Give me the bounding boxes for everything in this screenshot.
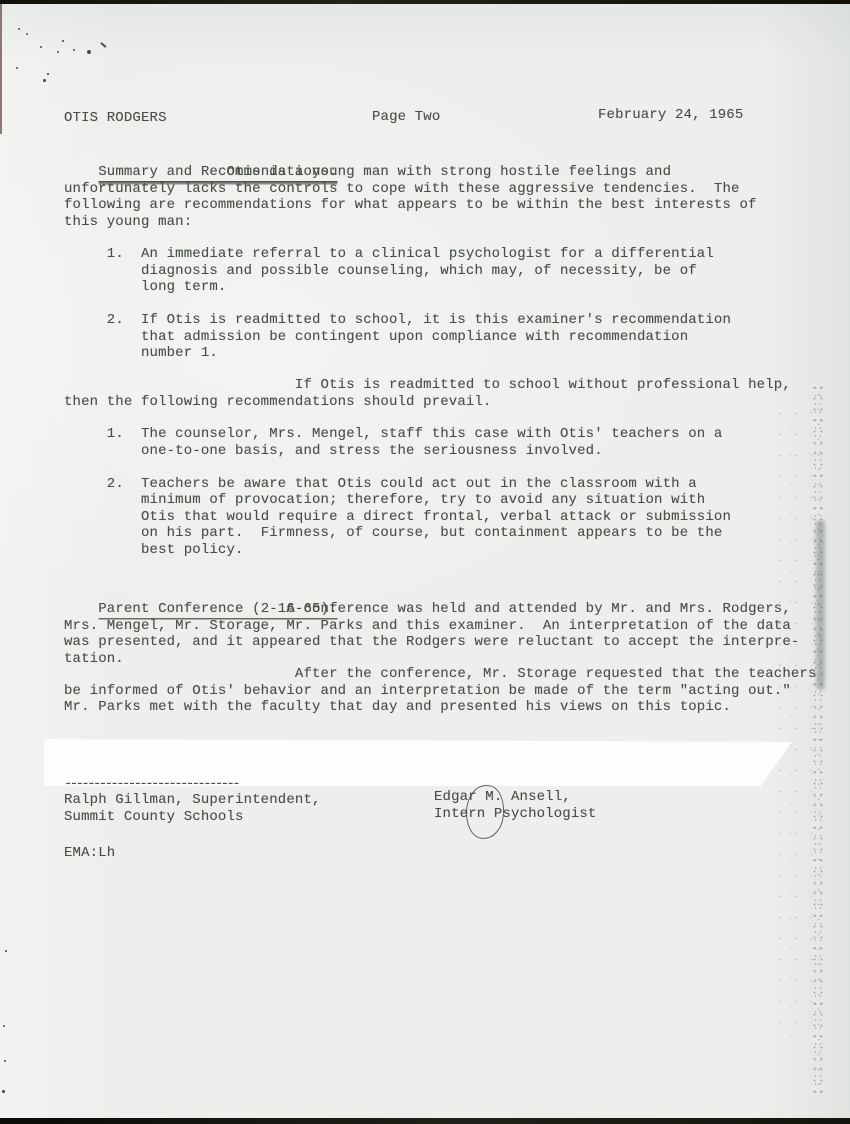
summary-intro-paragraph: Otis is a young man with strong hostile …	[64, 164, 824, 230]
scan-edge-top	[0, 0, 850, 4]
scanned-document-page: OTIS RODGERS Page Two February 24, 1965 …	[0, 0, 850, 1124]
noise-speck	[16, 67, 18, 69]
parent-conference-paragraph-1: A conference was held and attended by Mr…	[64, 601, 850, 667]
noise-speck	[4, 1060, 6, 1062]
header-date: February 24, 1965	[598, 107, 743, 124]
noise-speck	[62, 40, 64, 42]
noise-speck	[40, 46, 42, 48]
noise-speck	[3, 1025, 5, 1027]
summary-recommendations-list-2: 1. The counselor, Mrs. Mengel, staff thi…	[64, 426, 824, 558]
typist-initials: EMA:Lh	[64, 845, 115, 862]
noise-speck	[2, 1090, 5, 1093]
signature-left-block: Ralph Gillman, Superintendent, Summit Co…	[64, 792, 321, 825]
summary-transition-paragraph: If Otis is readmitted to school without …	[64, 377, 844, 410]
noise-speck	[43, 79, 46, 82]
noise-mark	[100, 42, 106, 48]
noise-speck	[26, 33, 28, 35]
header-subject-name: OTIS RODGERS	[64, 110, 167, 127]
signature-rule: ------------------------------	[64, 776, 238, 792]
noise-speck	[73, 49, 75, 51]
parent-conference-paragraph-2: After the conference, Mr. Storage reques…	[64, 666, 850, 716]
summary-recommendations-list: 1. An immediate referral to a clinical p…	[64, 246, 824, 362]
noise-speck	[57, 51, 59, 53]
scan-edge-left	[0, 4, 2, 134]
noise-speck	[87, 50, 91, 54]
header-page-number: Page Two	[372, 109, 440, 126]
scan-edge-bottom	[0, 1118, 850, 1124]
noise-speck	[5, 950, 7, 952]
signature-right-block: Edgar M. Ansell, Intern Psychologist	[434, 789, 596, 822]
noise-speck	[18, 28, 20, 30]
noise-speck	[47, 73, 49, 75]
